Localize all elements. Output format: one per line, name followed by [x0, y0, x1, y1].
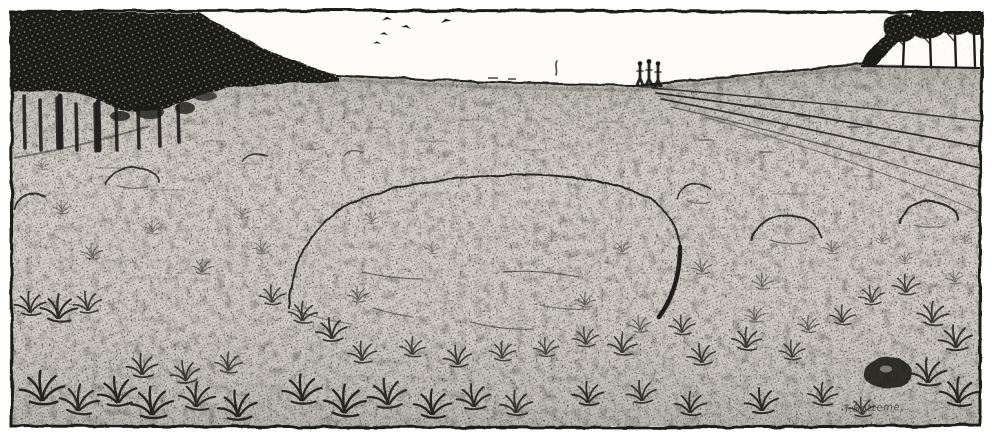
illustration-canvas: T.Botteme.: [0, 0, 1000, 443]
illustration-page: T.Botteme.: [0, 0, 1000, 443]
artist-signature: T.Botteme.: [844, 402, 905, 415]
scene: T.Botteme.: [11, 7, 990, 427]
